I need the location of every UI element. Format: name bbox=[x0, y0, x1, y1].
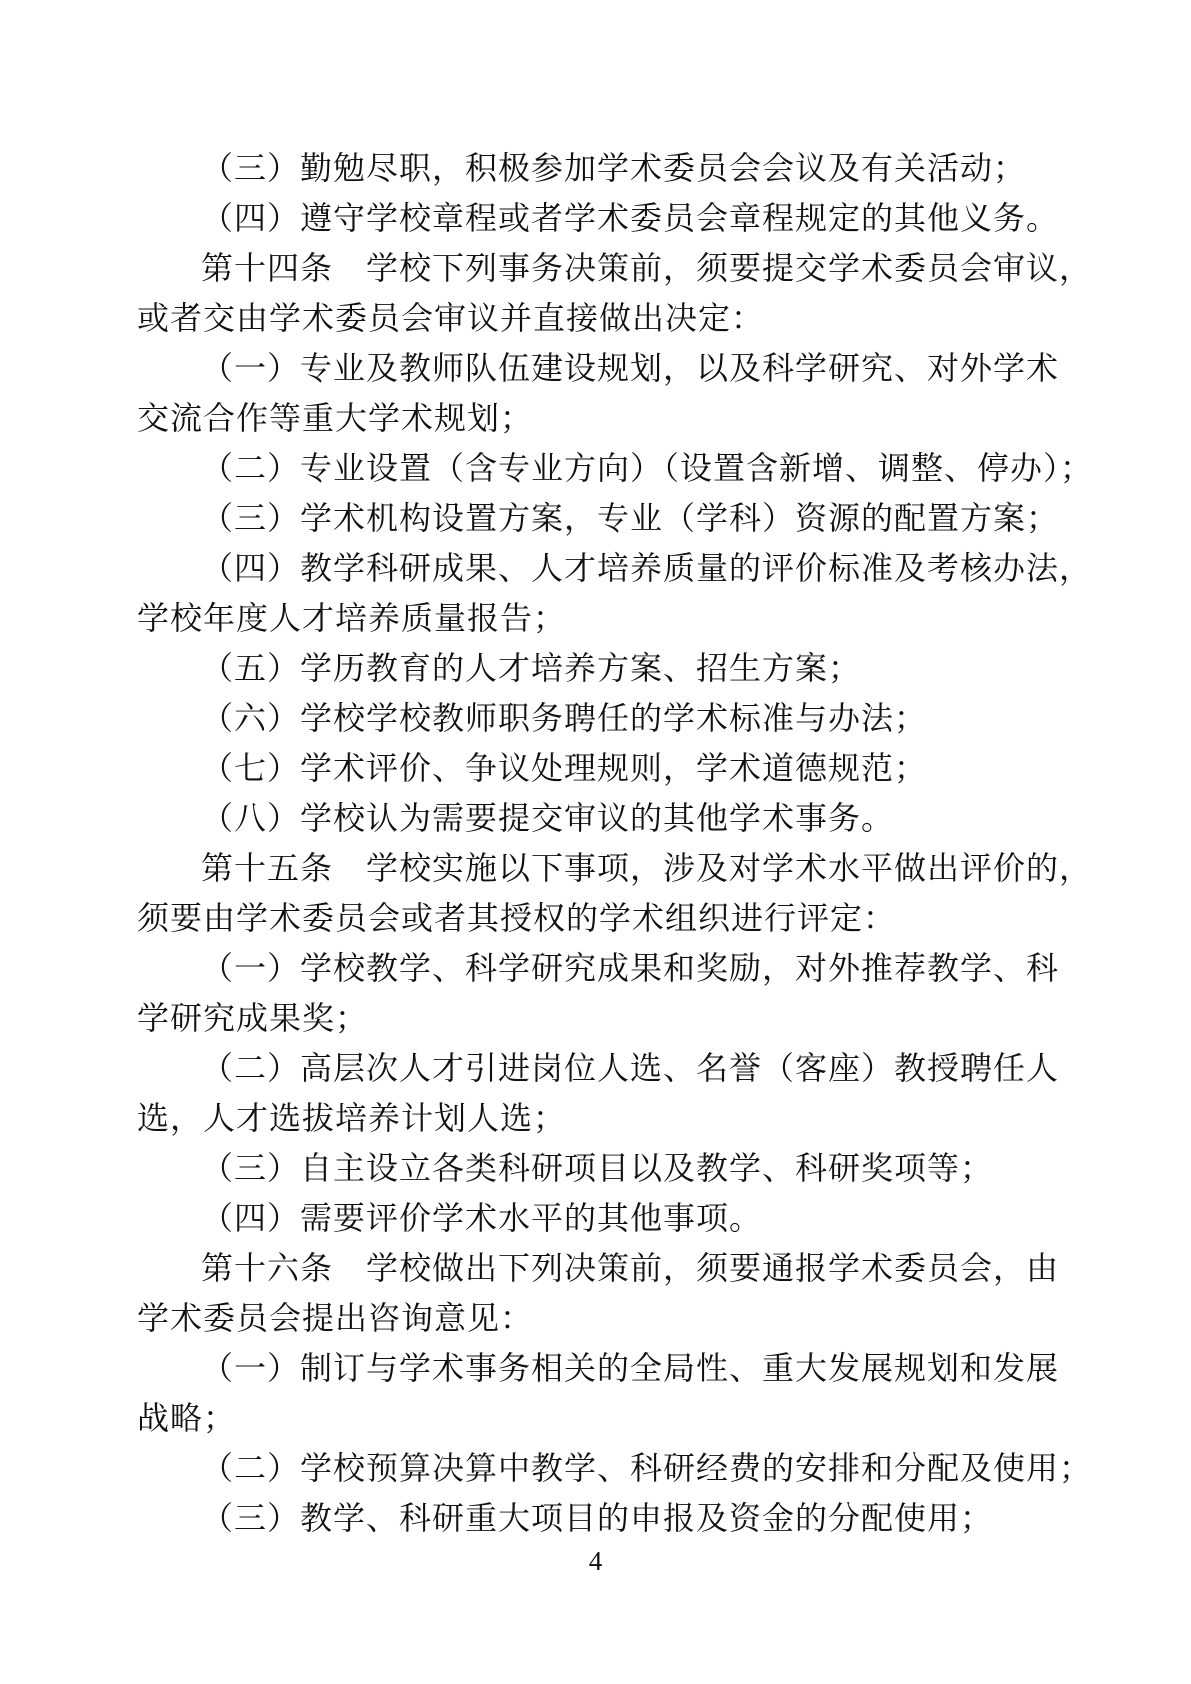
paragraph: （三）勤勉尽职，积极参加学术委员会会议及有关活动； bbox=[137, 143, 1129, 193]
paragraph: （八）学校认为需要提交审议的其他学术事务。 bbox=[137, 793, 1129, 843]
paragraph: （一）专业及教师队伍建设规划，以及科学研究、对外学术 交流合作等重大学术规划； bbox=[137, 343, 1129, 443]
document-page: （三）勤勉尽职，积极参加学术委员会会议及有关活动； （四）遵守学校章程或者学术委… bbox=[0, 0, 1191, 1684]
paragraph: 第十四条 学校下列事务决策前，须要提交学术委员会审议， 或者交由学术委员会审议并… bbox=[137, 243, 1129, 343]
paragraph: （四）遵守学校章程或者学术委员会章程规定的其他义务。 bbox=[137, 193, 1129, 243]
paragraph: （三）学术机构设置方案，专业（学科）资源的配置方案； bbox=[137, 493, 1129, 543]
paragraph: （三）自主设立各类科研项目以及教学、科研奖项等； bbox=[137, 1143, 1129, 1193]
paragraph: （一）学校教学、科学研究成果和奖励，对外推荐教学、科 学研究成果奖； bbox=[137, 943, 1129, 1043]
paragraph: （五）学历教育的人才培养方案、招生方案； bbox=[137, 643, 1129, 693]
paragraph: 第十六条 学校做出下列决策前，须要通报学术委员会，由 学术委员会提出咨询意见： bbox=[137, 1243, 1129, 1343]
paragraph: （二）高层次人才引进岗位人选、名誉（客座）教授聘任人 选，人才选拔培养计划人选； bbox=[137, 1043, 1129, 1143]
paragraph: （三）教学、科研重大项目的申报及资金的分配使用； bbox=[137, 1493, 1129, 1543]
paragraph: （二）学校预算决算中教学、科研经费的安排和分配及使用； bbox=[137, 1443, 1129, 1493]
paragraph: （一）制订与学术事务相关的全局性、重大发展规划和发展 战略； bbox=[137, 1343, 1129, 1443]
paragraph: 第十五条 学校实施以下事项，涉及对学术水平做出评价的， 须要由学术委员会或者其授… bbox=[137, 843, 1129, 943]
paragraph: （二）专业设置（含专业方向）（设置含新增、调整、停办）； bbox=[137, 443, 1129, 493]
document-body: （三）勤勉尽职，积极参加学术委员会会议及有关活动； （四）遵守学校章程或者学术委… bbox=[137, 143, 1129, 1543]
paragraph: （六）学校学校教师职务聘任的学术标准与办法； bbox=[137, 693, 1129, 743]
paragraph: （七）学术评价、争议处理规则，学术道德规范； bbox=[137, 743, 1129, 793]
page-number: 4 bbox=[0, 1545, 1191, 1577]
paragraph: （四）需要评价学术水平的其他事项。 bbox=[137, 1193, 1129, 1243]
paragraph: （四）教学科研成果、人才培养质量的评价标准及考核办法， 学校年度人才培养质量报告… bbox=[137, 543, 1129, 643]
